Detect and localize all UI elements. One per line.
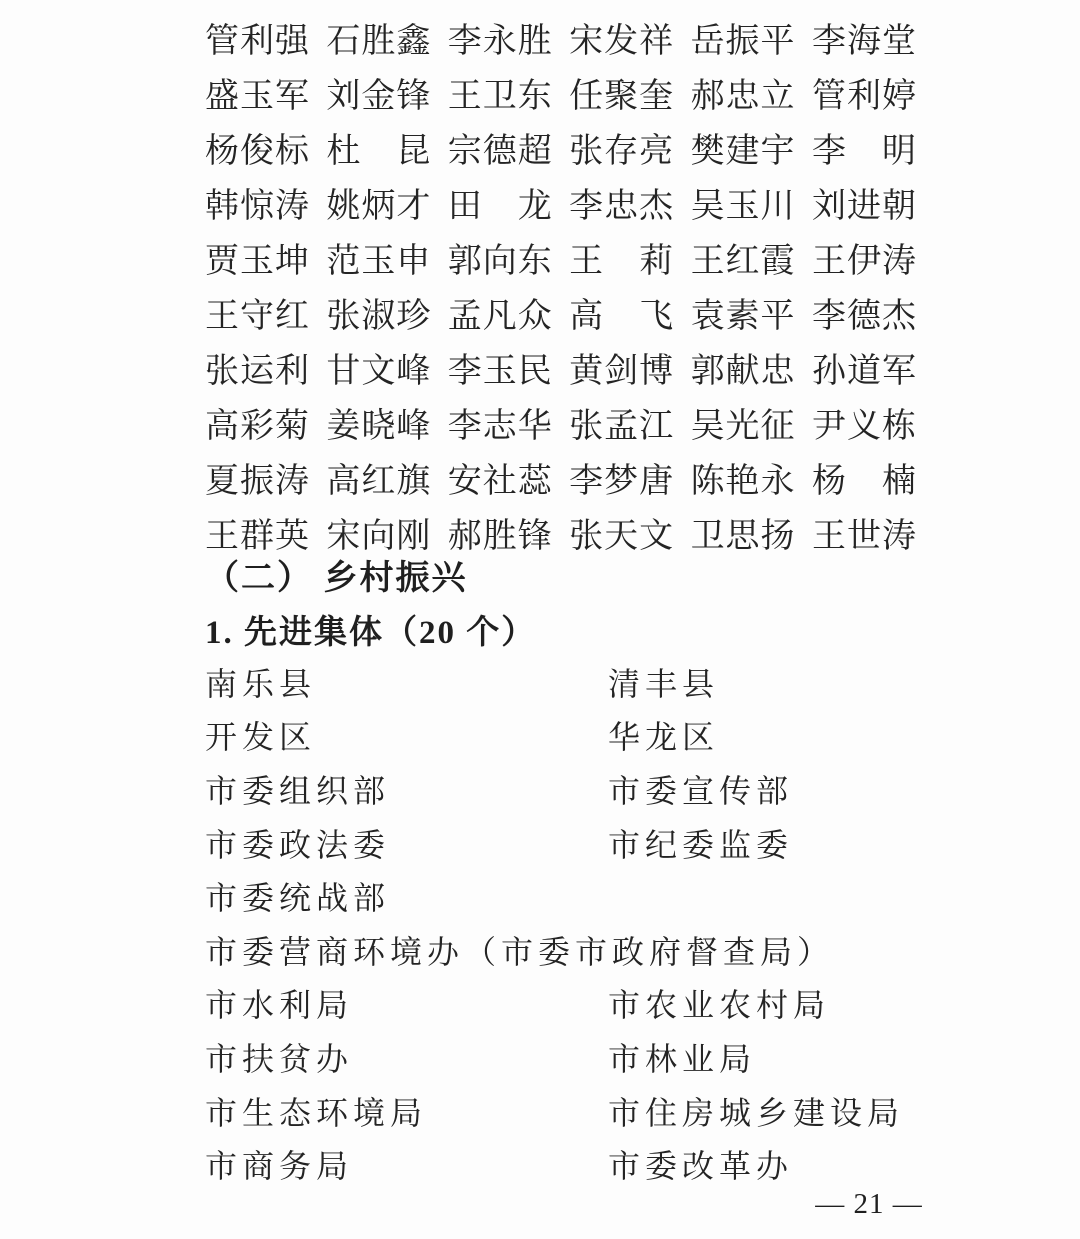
- name-cell: 管利婷: [812, 68, 917, 117]
- name-cell: 杜 昆: [326, 123, 431, 172]
- collective-right: 市住房城乡建设局: [608, 1088, 904, 1134]
- collective-row: 市扶贫办市林业局: [205, 1030, 965, 1084]
- name-cell: 郝忠立: [691, 68, 796, 117]
- collective-left: 市委统战部: [205, 873, 390, 919]
- collective-left: 开发区: [205, 712, 316, 758]
- name-cell: 贾玉坤: [205, 233, 310, 282]
- collective-left: 市委政法委: [205, 820, 390, 866]
- name-cell: 李德杰: [812, 288, 917, 337]
- name-cell: 宋发祥: [569, 13, 674, 62]
- name-cell: 陈艳永: [691, 453, 796, 502]
- collective-row: 市委统战部: [205, 869, 965, 923]
- name-cell: 郭向东: [448, 233, 553, 282]
- collective-left: 市水利局: [205, 980, 353, 1026]
- name-cell: 刘进朝: [812, 178, 917, 227]
- collective-right: 清丰县: [608, 659, 719, 705]
- name-cell: 卫思扬: [691, 508, 796, 557]
- collective-right: 华龙区: [608, 712, 719, 758]
- collective-row: 市委组织部市委宣传部: [205, 762, 965, 816]
- name-cell: 韩惊涛: [205, 178, 310, 227]
- names-grid: 管利强石胜鑫李永胜宋发祥岳振平李海堂盛玉军刘金锋王卫东任聚奎郝忠立管利婷杨俊标杜…: [205, 10, 917, 560]
- name-cell: 王伊涛: [812, 233, 917, 282]
- collectives-list: 南乐县清丰县开发区华龙区市委组织部市委宣传部市委政法委市纪委监委市委统战部市委营…: [205, 655, 965, 1191]
- name-cell: 杨俊标: [205, 123, 310, 172]
- name-row: 王守红张淑珍孟凡众高 飞袁素平李德杰: [205, 285, 917, 340]
- collective-row: 市商务局市委改革办: [205, 1137, 965, 1191]
- name-row: 杨俊标杜 昆宗德超张存亮樊建宇李 明: [205, 120, 917, 175]
- name-cell: 王世涛: [812, 508, 917, 557]
- name-row: 盛玉军刘金锋王卫东任聚奎郝忠立管利婷: [205, 65, 917, 120]
- name-cell: 安社蕊: [448, 453, 553, 502]
- name-cell: 王红霞: [691, 233, 796, 282]
- collective-left: 市委组织部: [205, 766, 390, 812]
- name-cell: 姜晓峰: [326, 398, 431, 447]
- name-cell: 张天文: [569, 508, 674, 557]
- name-cell: 田 龙: [448, 178, 553, 227]
- collective-row: 南乐县清丰县: [205, 655, 965, 709]
- collective-left: 市委营商环境办（市委市政府督查局）: [205, 927, 834, 973]
- name-cell: 高彩菊: [205, 398, 310, 447]
- collective-right: 市农业农村局: [608, 980, 830, 1026]
- name-cell: 高红旗: [326, 453, 431, 502]
- name-cell: 杨 楠: [812, 453, 917, 502]
- name-row: 高彩菊姜晓峰李志华张孟江吴光征尹义栋: [205, 395, 917, 450]
- subsection-heading: 1. 先进集体（20 个）: [205, 606, 536, 653]
- name-cell: 范玉申: [326, 233, 431, 282]
- name-cell: 高 飞: [569, 288, 674, 337]
- collective-right: 市委改革办: [608, 1141, 793, 1187]
- collective-left: 市生态环境局: [205, 1088, 427, 1134]
- collective-row: 市生态环境局市住房城乡建设局: [205, 1084, 965, 1138]
- name-cell: 张淑珍: [326, 288, 431, 337]
- name-cell: 黄剑博: [569, 343, 674, 392]
- name-cell: 孟凡众: [448, 288, 553, 337]
- name-cell: 李忠杰: [569, 178, 674, 227]
- name-cell: 张存亮: [569, 123, 674, 172]
- name-cell: 王卫东: [448, 68, 553, 117]
- name-cell: 李玉民: [448, 343, 553, 392]
- name-row: 管利强石胜鑫李永胜宋发祥岳振平李海堂: [205, 10, 917, 65]
- name-row: 张运利甘文峰李玉民黄剑博郭献忠孙道军: [205, 340, 917, 395]
- name-cell: 夏振涛: [205, 453, 310, 502]
- name-cell: 吴玉川: [691, 178, 796, 227]
- name-cell: 张孟江: [569, 398, 674, 447]
- name-cell: 张运利: [205, 343, 310, 392]
- collective-left: 南乐县: [205, 659, 316, 705]
- name-cell: 王守红: [205, 288, 310, 337]
- name-cell: 盛玉军: [205, 68, 310, 117]
- name-cell: 孙道军: [812, 343, 917, 392]
- page-number: — 21 —: [812, 1188, 926, 1221]
- name-cell: 李永胜: [448, 13, 553, 62]
- name-cell: 李梦唐: [569, 453, 674, 502]
- collective-right: 市林业局: [608, 1034, 756, 1080]
- name-cell: 甘文峰: [326, 343, 431, 392]
- name-cell: 刘金锋: [326, 68, 431, 117]
- name-cell: 宗德超: [448, 123, 553, 172]
- collective-row: 市水利局市农业农村局: [205, 977, 965, 1031]
- name-cell: 管利强: [205, 13, 310, 62]
- document-page: 管利强石胜鑫李永胜宋发祥岳振平李海堂盛玉军刘金锋王卫东任聚奎郝忠立管利婷杨俊标杜…: [0, 0, 1080, 1239]
- name-row: 贾玉坤范玉申郭向东王 莉王红霞王伊涛: [205, 230, 917, 285]
- name-cell: 李海堂: [812, 13, 917, 62]
- collective-right: 市委宣传部: [608, 766, 793, 812]
- name-cell: 王 莉: [569, 233, 674, 282]
- name-cell: 樊建宇: [691, 123, 796, 172]
- collective-row: 开发区华龙区: [205, 709, 965, 763]
- name-cell: 吴光征: [691, 398, 796, 447]
- name-cell: 任聚奎: [569, 68, 674, 117]
- name-cell: 李志华: [448, 398, 553, 447]
- name-row: 韩惊涛姚炳才田 龙李忠杰吴玉川刘进朝: [205, 175, 917, 230]
- collective-right: 市纪委监委: [608, 820, 793, 866]
- name-cell: 袁素平: [691, 288, 796, 337]
- name-cell: 岳振平: [691, 13, 796, 62]
- collective-left: 市商务局: [205, 1141, 353, 1187]
- collective-row: 市委政法委市纪委监委: [205, 816, 965, 870]
- name-cell: 郭献忠: [691, 343, 796, 392]
- name-cell: 李 明: [812, 123, 917, 172]
- name-cell: 石胜鑫: [326, 13, 431, 62]
- name-cell: 姚炳才: [326, 178, 431, 227]
- section-heading: （二） 乡村振兴: [205, 550, 468, 599]
- name-row: 夏振涛高红旗安社蕊李梦唐陈艳永杨 楠: [205, 450, 917, 505]
- collective-left: 市扶贫办: [205, 1034, 353, 1080]
- collective-row: 市委营商环境办（市委市政府督查局）: [205, 923, 965, 977]
- name-cell: 尹义栋: [812, 398, 917, 447]
